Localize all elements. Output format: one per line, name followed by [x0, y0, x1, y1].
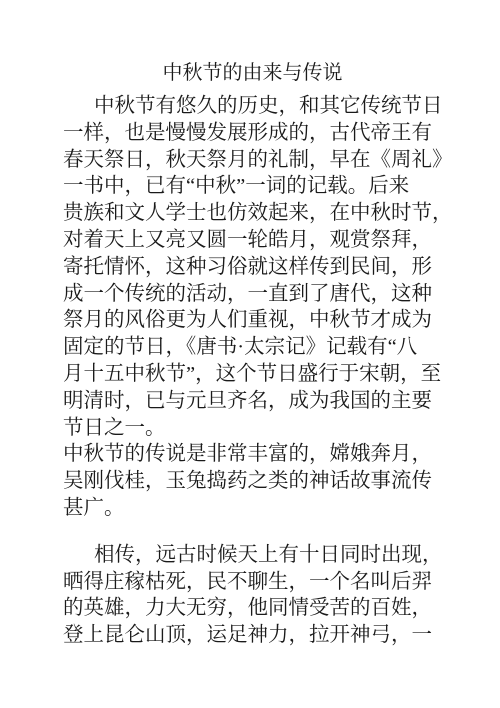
- text-line: 一书中，已有“中秋”一词的记载。后来: [63, 173, 442, 200]
- paragraph: 相传，远古时候天上有十日同时出现，晒得庄稼枯死，民不聊生，一个名叫后羿的英雄，力…: [63, 542, 442, 649]
- text-line: 对着天上又亮又圆一轮皓月，观赏祭拜，: [63, 227, 442, 254]
- text-line: 的英雄，力大无穷，他同情受苦的百姓，: [63, 595, 442, 622]
- text-line: 一样，也是慢慢发展形成的，古代帝王有: [63, 120, 442, 147]
- text-line: 寄托情怀，这种习俗就这样传到民间，形: [63, 254, 442, 281]
- paragraph: 中秋节的传说是非常丰富的，嫦娥奔月，吴刚伐桂，玉兔捣药之类的神话故事流传甚广。: [63, 441, 442, 521]
- text-line: 祭月的风俗更为人们重视，中秋节才成为: [63, 307, 442, 334]
- document-page: 中秋节的由来与传说 中秋节有悠久的历史，和其它传统节日一样，也是慢慢发展形成的，…: [0, 0, 500, 708]
- text-line: 吴刚伐桂，玉兔捣药之类的神话故事流传: [63, 468, 442, 495]
- text-line: 明清时，已与元旦齐名，成为我国的主要: [63, 388, 442, 415]
- text-line: 节日之一。: [63, 415, 442, 442]
- text-line: 固定的节日，《唐书·太宗记》记载有“八: [63, 334, 442, 361]
- paragraph: 中秋节有悠久的历史，和其它传统节日一样，也是慢慢发展形成的，古代帝王有春天祭日，…: [63, 93, 442, 441]
- text-line: 登上昆仑山顶，运足神力，拉开神弓，一: [63, 622, 442, 649]
- text-line: 贵族和文人学士也仿效起来，在中秋时节，: [63, 200, 442, 227]
- text-line: 相传，远古时候天上有十日同时出现，: [63, 542, 442, 569]
- text-line: 中秋节的传说是非常丰富的，嫦娥奔月，: [63, 441, 442, 468]
- text-line: 成一个传统的活动，一直到了唐代，这种: [63, 281, 442, 308]
- text-line: 月十五中秋节”，这个节日盛行于宋朝，至: [63, 361, 442, 388]
- text-line: 中秋节有悠久的历史，和其它传统节日: [63, 93, 442, 120]
- document-body: 中秋节有悠久的历史，和其它传统节日一样，也是慢慢发展形成的，古代帝王有春天祭日，…: [63, 93, 442, 649]
- document-title: 中秋节的由来与传说: [63, 60, 442, 87]
- text-line: 晒得庄稼枯死，民不聊生，一个名叫后羿: [63, 569, 442, 596]
- text-line: 春天祭日，秋天祭月的礼制，早在《周礼》: [63, 147, 442, 174]
- text-line: 甚广。: [63, 495, 442, 522]
